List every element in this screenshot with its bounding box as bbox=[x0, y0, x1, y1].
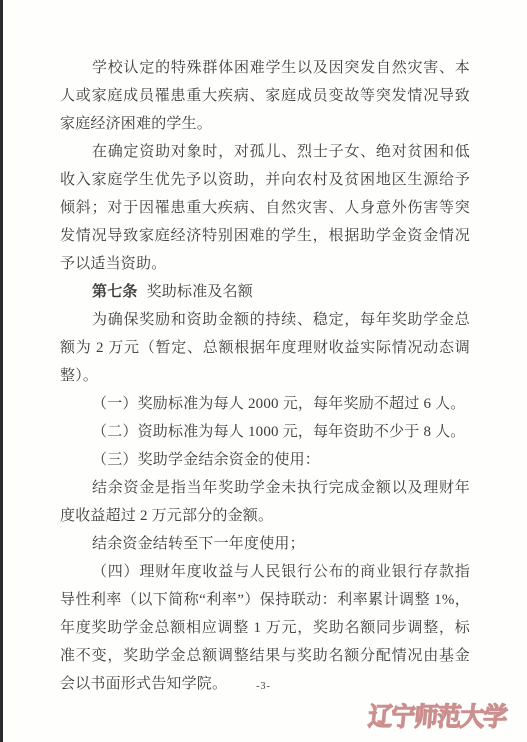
scan-edge-line bbox=[0, 0, 3, 742]
list-item-subsidy-standard: （二）资助标准为每人 1000 元，每年资助不少于 8 人。 bbox=[60, 418, 470, 446]
paragraph-surplus-carryover: 结余资金结转至下一年度使用； bbox=[60, 530, 470, 558]
paragraph-funding-priority: 在确定资助对象时，对孤儿、烈士子女、绝对贫困和低收入家庭学生优先予以资助，并向农… bbox=[60, 138, 470, 278]
list-item-surplus-funds-usage: （三）奖助学金结余资金的使用： bbox=[60, 446, 470, 474]
page-number: -3- bbox=[0, 681, 527, 692]
paragraph-special-groups: 学校认定的特殊群体困难学生以及因突发自然灾害、本人或家庭成员罹患重大疾病、家庭成… bbox=[60, 54, 470, 138]
list-item-award-standard: （一）奖励标准为每人 2000 元，每年奖励不超过 6 人。 bbox=[60, 390, 470, 418]
section-heading-article-7: 第七条奖助标准及名额 bbox=[60, 278, 470, 306]
list-item-interest-rate-linkage: （四）理财年度收益与人民银行公布的商业银行存款指导性利率（以下简称“利率”）保持… bbox=[60, 558, 470, 698]
university-watermark: 辽宁师范大学 bbox=[367, 695, 508, 733]
article-number: 第七条 bbox=[92, 284, 138, 300]
article-title: 奖助标准及名额 bbox=[147, 284, 253, 300]
document-page: 学校认定的特殊群体困难学生以及因突发自然灾害、本人或家庭成员罹患重大疾病、家庭成… bbox=[0, 0, 527, 742]
paragraph-surplus-definition: 结余资金是指当年奖助学金未执行完成金额以及理财年度收益超过 2 万元部分的金额。 bbox=[60, 474, 470, 530]
paragraph-total-amount: 为确保奖励和资助金额的持续、稳定，每年奖助学金总额为 2 万元（暂定、总额根据年… bbox=[60, 306, 470, 390]
document-body: 学校认定的特殊群体困难学生以及因突发自然灾害、本人或家庭成员罹患重大疾病、家庭成… bbox=[60, 54, 470, 698]
